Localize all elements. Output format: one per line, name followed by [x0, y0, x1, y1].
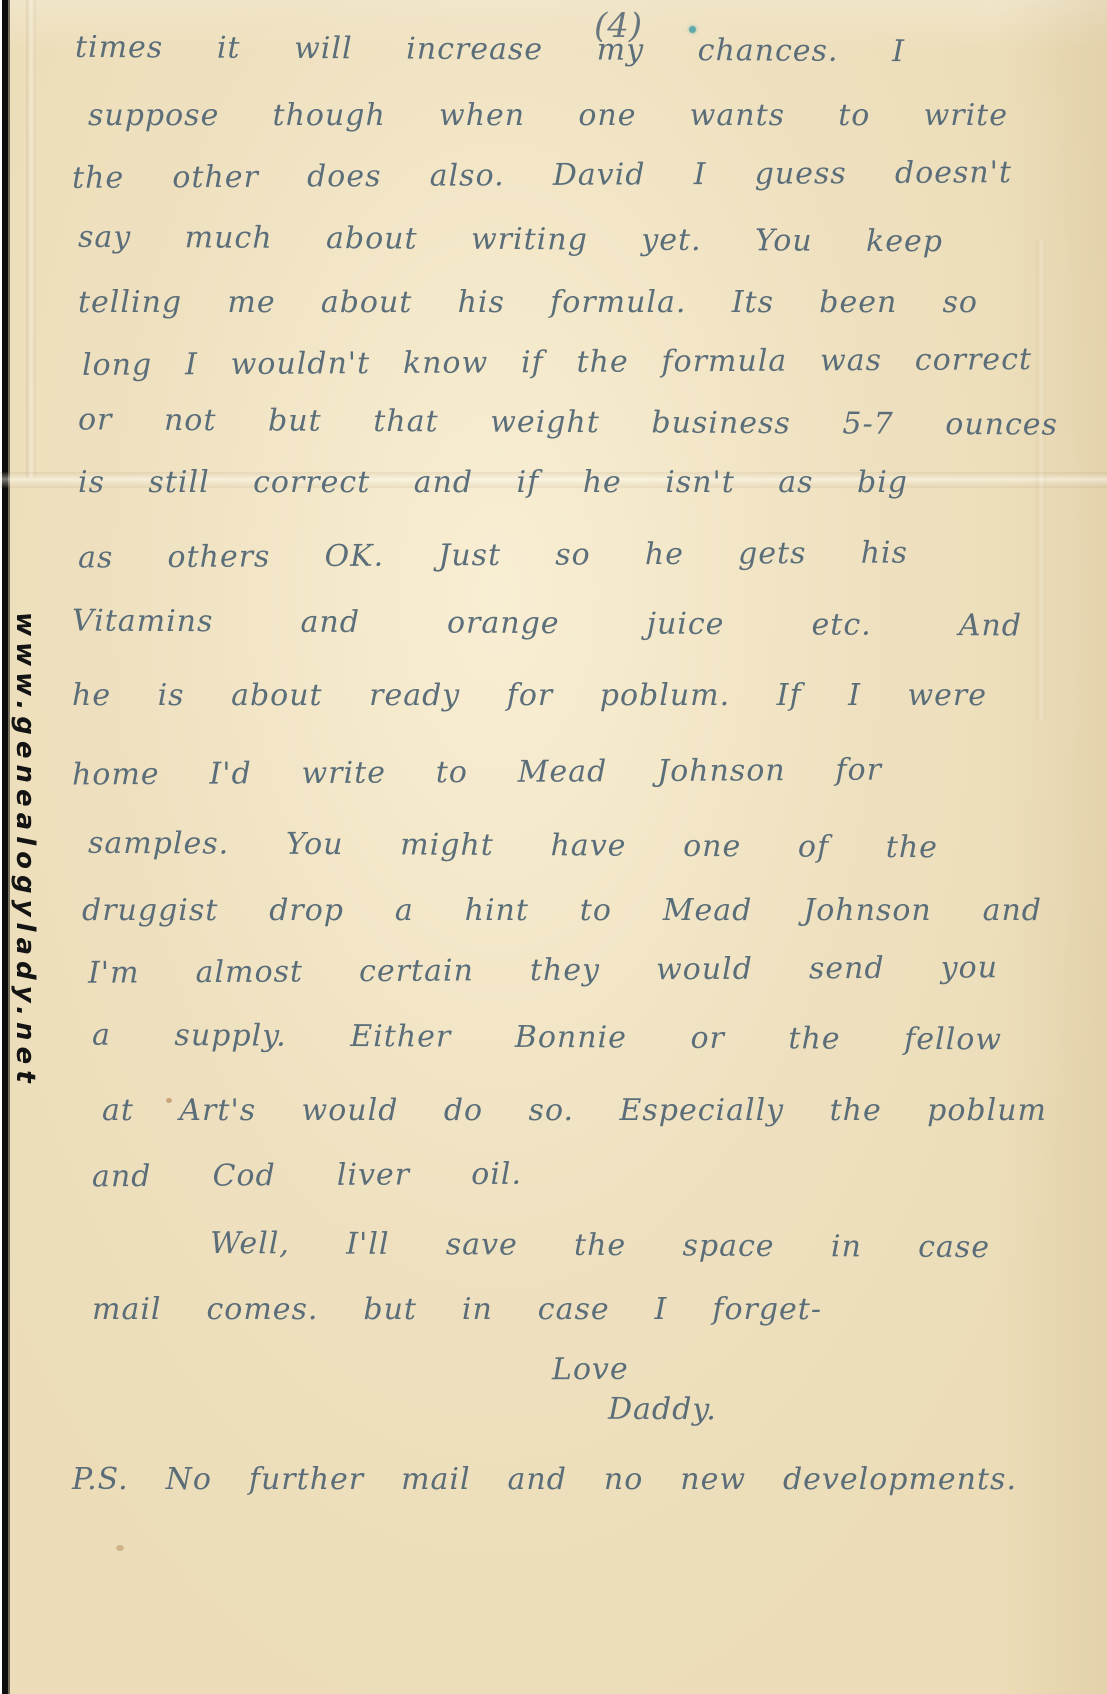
letter-line: say much about writing yet. You keep — [78, 220, 943, 260]
letter-line: mail comes. but in case I forget- — [92, 1292, 822, 1327]
scanner-edge — [0, 0, 10, 1694]
letter-line: a supply. Either Bonnie or the fellow — [92, 1018, 1002, 1058]
letter-line: samples. You might have one of the — [88, 826, 938, 865]
valediction: Love — [552, 1352, 629, 1387]
fold-crease — [26, 0, 36, 478]
paper-stain — [116, 1545, 124, 1551]
signature: Daddy. — [608, 1392, 717, 1428]
letter-line: is still correct and if he isn't as big — [78, 465, 908, 500]
letter-line: Vitamins and orange juice etc. And — [72, 604, 1022, 644]
letter-line: suppose though when one wants to write — [88, 98, 1008, 133]
fold-crease — [1036, 240, 1046, 720]
ink-speck — [689, 26, 696, 33]
letter-line: long I wouldn't know if the formula was … — [82, 342, 1032, 383]
letter-line: telling me about his formula. Its been s… — [78, 285, 978, 320]
letter-page: (4) www.genealogylady.net times it will … — [0, 0, 1107, 1694]
letter-line: times it will increase my chances. I — [75, 30, 905, 69]
letter-line: the other does also. David I guess doesn… — [72, 155, 1012, 196]
letter-line: I'm almost certain they would send you — [88, 950, 998, 991]
postscript: P.S. No further mail and no new developm… — [72, 1462, 1017, 1497]
letter-line: at Art's would do so. Especially the pob… — [102, 1093, 1047, 1128]
letter-line: home I'd write to Mead Johnson for — [72, 753, 882, 793]
letter-line: he is about ready for poblum. If I were — [72, 678, 987, 713]
letter-line: Well, I'll save the space in case — [210, 1226, 990, 1265]
letter-line: druggist drop a hint to Mead Johnson and — [82, 893, 1042, 928]
letter-line: and Cod liver oil. — [92, 1157, 522, 1195]
letter-line: as others OK. Just so he gets his — [78, 535, 908, 575]
watermark: www.genealogylady.net — [10, 612, 40, 1089]
letter-line: or not but that weight business 5-7 ounc… — [78, 402, 1058, 442]
